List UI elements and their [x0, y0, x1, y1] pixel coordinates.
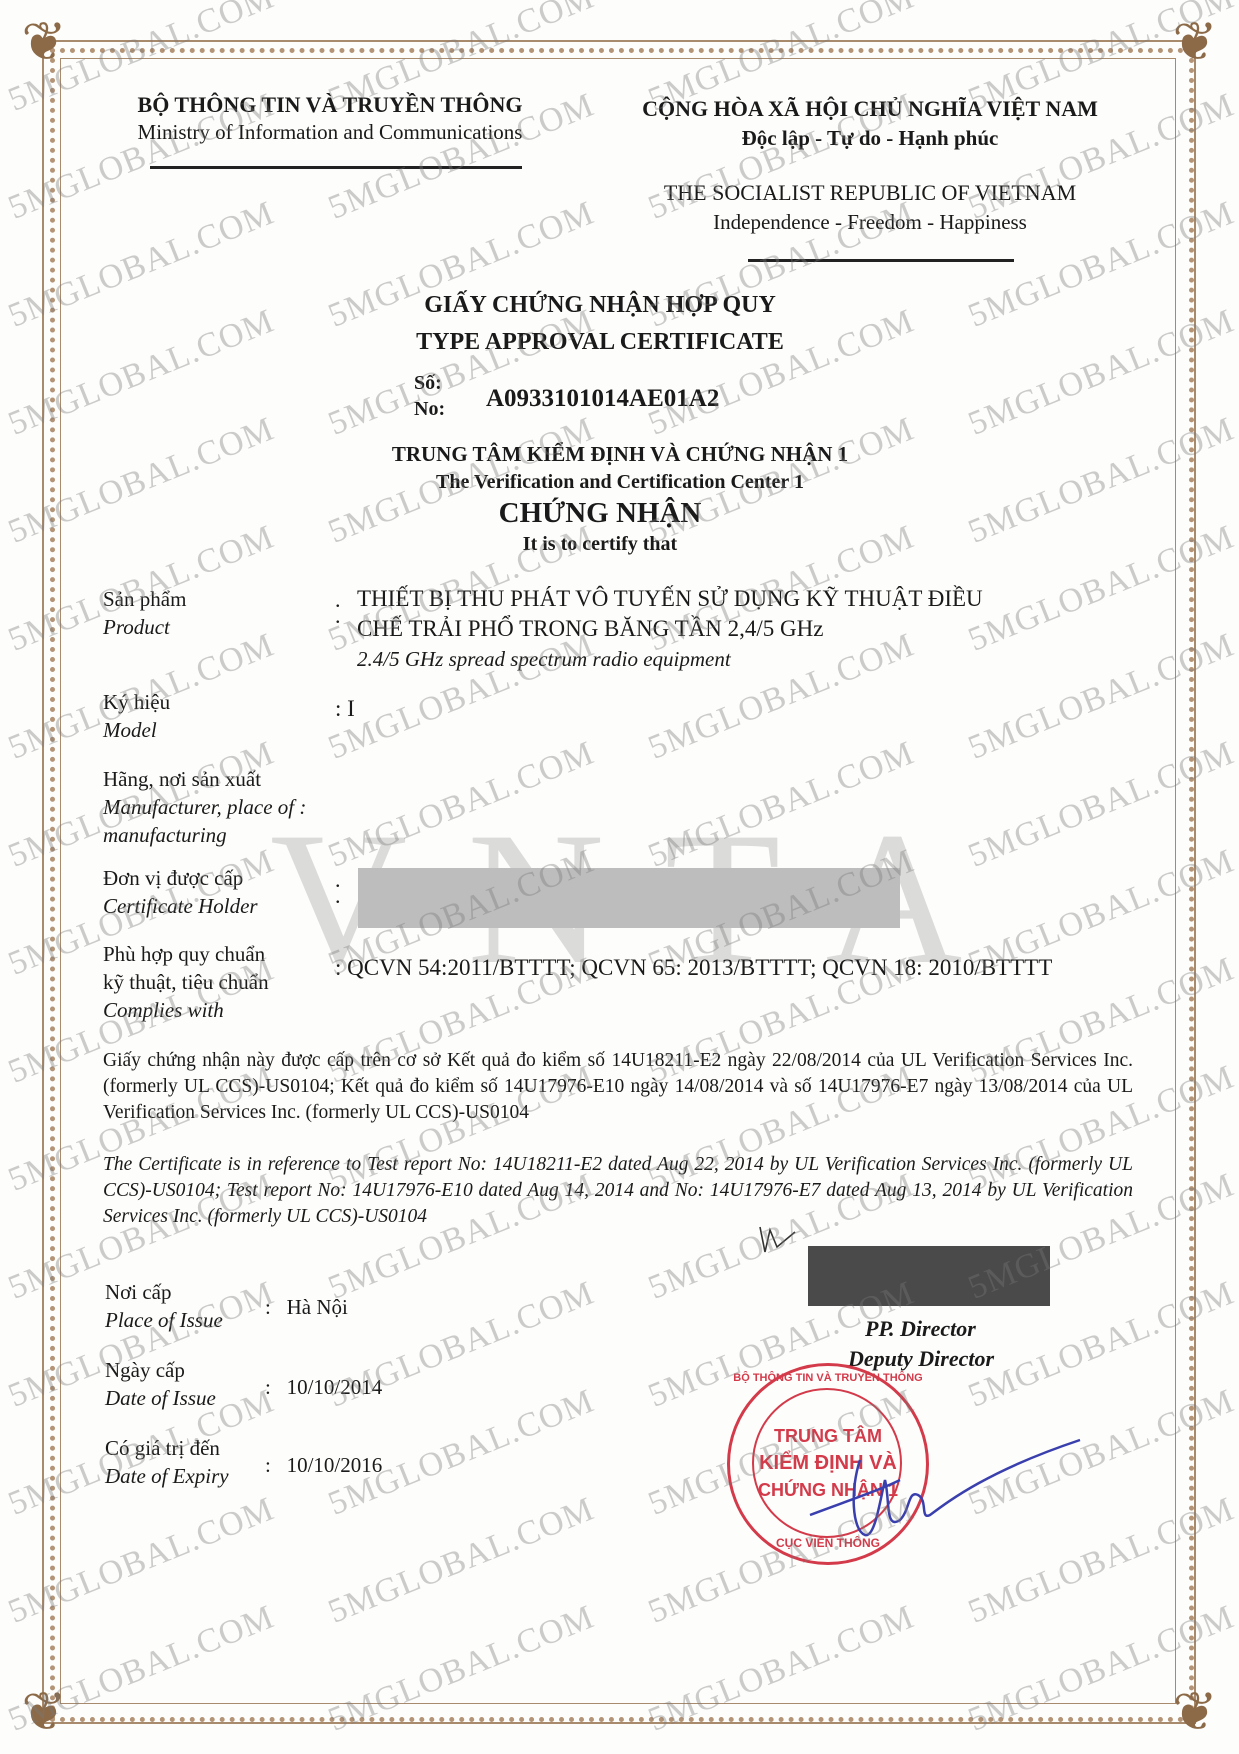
manufacturer-label-en-line1: Manufacturer, place of [103, 795, 294, 819]
holder-label: Đơn vị được cấp Certificate Holder [103, 864, 258, 920]
reference-paragraph-en: The Certificate is in reference to Test … [103, 1152, 1133, 1230]
product-colon: .. [335, 592, 341, 624]
product-label: Sản phẩm Product [103, 585, 186, 641]
manufacturer-label: Hãng, nơi sản xuất Manufacturer, place o… [103, 765, 306, 849]
holder-label-en: Certificate Holder [103, 892, 258, 920]
republic-name-vn: CỘNG HÒA XÃ HỘI CHỦ NGHĨA VIỆT NAM [610, 96, 1130, 122]
corner-ornament-icon: ❦ [1165, 12, 1225, 72]
place-label-vn: Nơi cấp [105, 1278, 223, 1306]
place-label-en: Place of Issue [105, 1306, 223, 1334]
complies-label-en: Complies with [103, 996, 269, 1024]
complies-value-text: QCVN 54:2011/BTTTT; QCVN 65: 2013/BTTTT;… [347, 955, 1052, 980]
product-value-vn-line1: THIẾT BỊ THU PHÁT VÔ TUYẾN SỬ DỤNG KỸ TH… [357, 584, 1117, 614]
date-issue-label-vn: Ngày cấp [105, 1356, 216, 1384]
ministry-name-vn: BỘ THÔNG TIN VÀ TRUYỀN THÔNG [100, 92, 560, 118]
handwritten-signature-icon [790, 1420, 1090, 1540]
model-label-vn: Ký hiệu [103, 688, 170, 716]
issuer-name-en: The Verification and Certification Cente… [290, 471, 950, 494]
model-value: : I [335, 694, 355, 724]
certificate-page: ❦ ❦ ❦ ❦ VNTA BỘ THÔNG TIN VÀ TRUYỀN THÔN… [0, 0, 1239, 1754]
seal-ring-top-text: BỘ THÔNG TIN VÀ TRUYỀN THÔNG [730, 1372, 926, 1384]
certify-heading-vn: CHỨNG NHẬN [300, 497, 900, 530]
certificate-title-vn: GIẤY CHỨNG NHẬN HỢP QUY [300, 292, 900, 319]
model-value-text: I [347, 696, 355, 721]
certify-heading-en: It is to certify that [300, 533, 900, 556]
date-expiry-label-en: Date of Expiry [105, 1462, 229, 1490]
date-expiry-value: : 10/10/2016 [265, 1450, 382, 1480]
corner-ornament-icon: ❦ [14, 12, 74, 72]
complies-label: Phù hợp quy chuẩn kỹ thuật, tiêu chuẩn C… [103, 940, 269, 1024]
product-value-vn-line2: CHẾ TRẢI PHỔ TRONG BĂNG TẦN 2,4/5 GHz [357, 614, 1117, 644]
complies-label-vn-line2: kỹ thuật, tiêu chuẩn [103, 968, 269, 996]
date-expiry-label-vn: Có giá trị đến [105, 1434, 229, 1462]
number-label-en: No: [414, 396, 445, 422]
place-value-text: Hà Nội [287, 1295, 348, 1319]
certificate-number: A0933101014AE01A2 [486, 385, 719, 413]
model-label-en: Model [103, 716, 170, 744]
republic-name-en: THE SOCIALIST REPUBLIC OF VIETNAM [610, 180, 1130, 206]
date-issue-value-text: 10/10/2014 [287, 1375, 383, 1399]
manufacturer-label-vn: Hãng, nơi sản xuất [103, 765, 306, 793]
complies-label-vn-line1: Phù hợp quy chuẩn [103, 940, 269, 968]
place-value: : Hà Nội [265, 1292, 348, 1322]
date-issue-value: : 10/10/2014 [265, 1372, 382, 1402]
pp-director: PP. Director [865, 1316, 976, 1342]
product-label-en: Product [103, 613, 186, 641]
certificate-title-en: TYPE APPROVAL CERTIFICATE [300, 329, 900, 356]
header-divider-right [748, 259, 1014, 262]
place-label: Nơi cấp Place of Issue [105, 1278, 223, 1334]
initials-mark-icon [755, 1222, 805, 1262]
date-expiry-value-text: 10/10/2016 [287, 1453, 383, 1477]
holder-colon: .. [335, 872, 341, 904]
number-label-vn: Số: [414, 370, 445, 396]
motto-vn: Độc lập - Tự do - Hạnh phúc [610, 126, 1130, 151]
header-divider-left [150, 166, 522, 169]
corner-ornament-icon: ❦ [14, 1682, 74, 1742]
date-issue-label: Ngày cấp Date of Issue [105, 1356, 216, 1412]
issuer-name-vn: TRUNG TÂM KIỂM ĐỊNH VÀ CHỨNG NHẬN 1 [290, 442, 950, 467]
signer-name-redaction-box [808, 1246, 1050, 1306]
complies-value: : QCVN 54:2011/BTTTT; QCVN 65: 2013/BTTT… [335, 953, 1052, 983]
motto-en: Independence - Freedom - Happiness [610, 210, 1130, 235]
date-issue-label-en: Date of Issue [105, 1384, 216, 1412]
reference-paragraph-vn: Giấy chứng nhận này được cấp trên cơ sở … [103, 1048, 1133, 1126]
ministry-name-en: Ministry of Information and Communicatio… [100, 120, 560, 145]
deputy-director-title: Deputy Director [848, 1346, 994, 1372]
product-label-vn: Sản phẩm [103, 585, 186, 613]
manufacturer-label-en-line2: manufacturing [103, 821, 306, 849]
corner-ornament-icon: ❦ [1165, 1682, 1225, 1742]
holder-label-vn: Đơn vị được cấp [103, 864, 258, 892]
product-value-en: 2.4/5 GHz spread spectrum radio equipmen… [357, 644, 1117, 674]
product-value: THIẾT BỊ THU PHÁT VÔ TUYẾN SỬ DỤNG KỸ TH… [357, 584, 1117, 674]
date-expiry-label: Có giá trị đến Date of Expiry [105, 1434, 229, 1490]
holder-redaction-box [358, 868, 900, 928]
model-label: Ký hiệu Model [103, 688, 170, 744]
certificate-number-label: Số: No: [414, 370, 445, 422]
